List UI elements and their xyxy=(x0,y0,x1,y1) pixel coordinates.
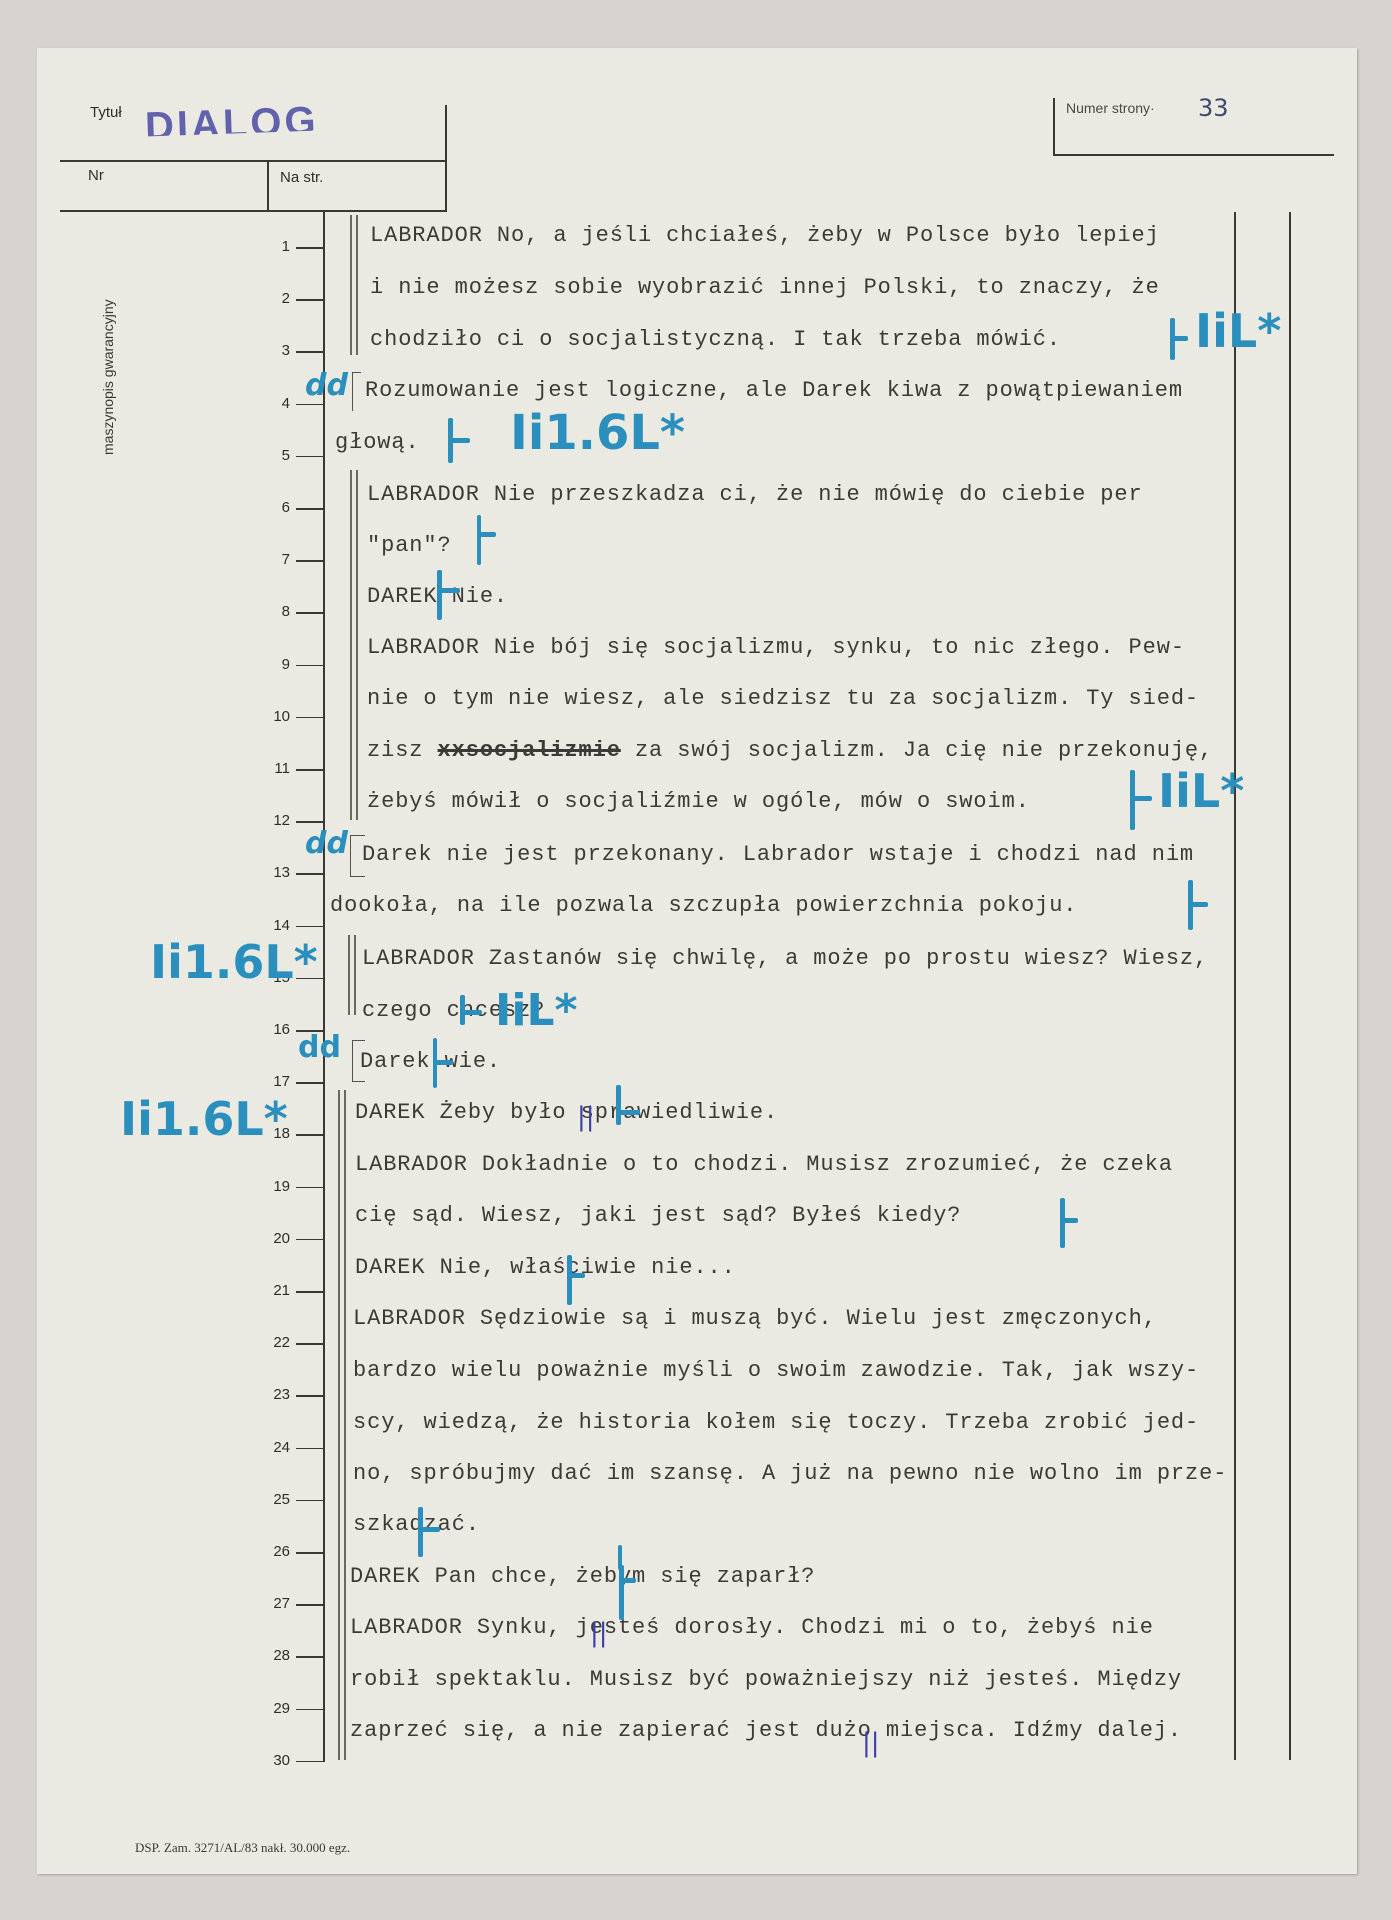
ruler-tick xyxy=(296,769,324,771)
typed-line: dookoła, na ile pozwala szczupła powierz… xyxy=(330,893,1077,918)
ruler-tick xyxy=(296,456,324,458)
typed-line: Darek nie jest przekonany. Labrador wsta… xyxy=(362,842,1194,867)
block-rule xyxy=(344,1090,346,1760)
ruler-tick xyxy=(296,351,324,353)
typed-line: LABRADOR Nie przeszkadza ci, że nie mówi… xyxy=(367,482,1143,507)
line-number: 29 xyxy=(250,1700,290,1717)
typed-line: LABRADOR Zastanów się chwilę, a może po … xyxy=(362,946,1208,971)
margin-edit-mark: Ii1.6L* xyxy=(120,1092,288,1146)
ruler-tick xyxy=(296,1187,324,1189)
typed-line: LABRADOR Sędziowie są i muszą być. Wielu… xyxy=(353,1306,1157,1331)
ruler-tick xyxy=(296,821,324,823)
line-number: 30 xyxy=(250,1752,290,1769)
line-number: 20 xyxy=(250,1230,290,1247)
typed-line: cię sąd. Wiesz, jaki jest sąd? Byłeś kie… xyxy=(355,1203,961,1228)
line-number: 21 xyxy=(250,1282,290,1299)
ruler-tick xyxy=(296,247,324,249)
ruler-tick xyxy=(296,1552,324,1554)
edit-tick-mark xyxy=(435,1060,453,1065)
edit-tick-mark xyxy=(460,1010,482,1015)
typed-line: LABRADOR No, a jeśli chciałeś, żeby w Po… xyxy=(370,223,1160,248)
ruler-tick xyxy=(296,560,324,562)
ruler-tick xyxy=(296,404,324,406)
edit-tick-mark xyxy=(616,1085,621,1125)
block-rule xyxy=(356,470,358,820)
line-ruler xyxy=(323,212,325,1762)
ruler-tick xyxy=(296,1291,324,1293)
header-vertical-rule xyxy=(445,105,447,212)
line-number: 4 xyxy=(250,395,290,412)
nr-divider xyxy=(267,160,269,212)
block-rule xyxy=(338,1090,340,1760)
block-rule xyxy=(348,935,350,1015)
typed-line: i nie możesz sobie wyobrazić innej Polsk… xyxy=(370,275,1160,300)
page-number-label: Numer strony· xyxy=(1066,100,1155,116)
edit-mark-label: IiL* xyxy=(1158,764,1244,818)
right-margin-rule-1 xyxy=(1234,212,1236,1760)
typed-line: żebyś mówił o socjaliźmie w ogóle, mów o… xyxy=(367,789,1030,814)
ruler-tick xyxy=(296,1709,324,1711)
typed-line: DAREK Żeby było sprawiedliwie. xyxy=(355,1100,778,1125)
line-number: 7 xyxy=(250,551,290,568)
edit-tick-mark xyxy=(437,570,442,620)
block-rule xyxy=(350,215,352,355)
edit-tick-mark xyxy=(477,515,481,565)
typed-line: no, spróbujmy dać im szansę. A już na pe… xyxy=(353,1461,1227,1486)
edit-tick-mark xyxy=(480,532,496,537)
line-number: 26 xyxy=(250,1543,290,1560)
edit-tick-mark xyxy=(1190,902,1208,907)
insertion-mark: || xyxy=(862,1728,880,1758)
edit-tick-mark xyxy=(619,1565,624,1620)
typed-line: LABRADOR Dokładnie o to chodzi. Musisz z… xyxy=(355,1152,1173,1177)
line-number: 19 xyxy=(250,1178,290,1195)
margin-edit-mark: Ii1.6L* xyxy=(150,935,318,989)
stage-bracket xyxy=(352,372,361,411)
line-number: 12 xyxy=(250,812,290,829)
margin-dd-mark: dd xyxy=(305,826,348,861)
edit-mark-label: Ii1.6L* xyxy=(510,405,685,461)
typed-line: zisz xxsocjalizmie za swój socjalizm. Ja… xyxy=(367,738,1213,763)
ruler-tick xyxy=(296,1395,324,1397)
ruler-tick xyxy=(296,665,324,667)
ruler-tick xyxy=(296,1343,324,1345)
edit-tick-mark xyxy=(1170,336,1188,341)
edit-tick-mark xyxy=(1060,1198,1065,1248)
right-margin-rule-2 xyxy=(1289,212,1291,1760)
nr-label: Nr xyxy=(88,167,104,184)
line-number: 22 xyxy=(250,1334,290,1351)
line-number: 16 xyxy=(250,1021,290,1038)
line-number: 9 xyxy=(250,656,290,673)
ruler-tick xyxy=(296,873,324,875)
ruler-tick xyxy=(296,1239,324,1241)
ruler-tick xyxy=(296,1604,324,1606)
typed-line: DAREK Pan chce, żebym się zaparł? xyxy=(350,1564,815,1589)
line-number: 2 xyxy=(250,290,290,307)
insertion-mark: || xyxy=(590,1618,608,1648)
side-label: maszynopis gwarancyjny xyxy=(100,299,116,455)
header-bottom-rule xyxy=(60,210,446,212)
typed-line: scy, wiedzą, że historia kołem się toczy… xyxy=(353,1410,1199,1435)
page-number-box-left xyxy=(1053,98,1055,156)
edit-tick-mark xyxy=(448,438,470,443)
line-number: 8 xyxy=(250,603,290,620)
title-label: Tytuł xyxy=(90,104,122,121)
typed-line: robił spektaklu. Musisz być poważniejszy… xyxy=(350,1667,1182,1692)
typed-line: bardzo wielu poważnie myśli o swoim zawo… xyxy=(353,1358,1199,1383)
print-footer: DSP. Zam. 3271/AL/83 nakł. 30.000 egz. xyxy=(135,1840,350,1856)
edit-tick-mark xyxy=(420,1527,440,1532)
typed-line: LABRADOR Nie bój się socjalizmu, synku, … xyxy=(367,635,1185,660)
edit-mark-label: IiL* xyxy=(495,985,578,1036)
ruler-tick xyxy=(296,1448,324,1450)
edit-tick-mark xyxy=(567,1255,572,1305)
typed-line: LABRADOR Synku, jesteś dorosły. Chodzi m… xyxy=(350,1615,1154,1640)
page-number-value: 33 xyxy=(1198,94,1229,122)
ruler-tick xyxy=(296,717,324,719)
typed-line: "pan"? xyxy=(367,533,452,558)
ruler-tick xyxy=(296,1761,324,1763)
edit-mark-label: IiL* xyxy=(1195,304,1281,358)
typed-line: Darek wie. xyxy=(360,1049,501,1074)
line-number: 1 xyxy=(250,238,290,255)
ruler-tick xyxy=(296,926,324,928)
line-number: 25 xyxy=(250,1491,290,1508)
typed-line: nie o tym nie wiesz, ale siedzisz tu za … xyxy=(367,686,1199,711)
header-divider xyxy=(60,160,446,162)
line-number: 17 xyxy=(250,1073,290,1090)
line-number: 14 xyxy=(250,917,290,934)
line-number: 23 xyxy=(250,1386,290,1403)
typed-line: chodziło ci o socjalistyczną. I tak trze… xyxy=(370,327,1061,352)
line-number: 5 xyxy=(250,447,290,464)
line-number: 10 xyxy=(250,708,290,725)
ruler-tick xyxy=(296,508,324,510)
line-number: 27 xyxy=(250,1595,290,1612)
ruler-tick xyxy=(296,299,324,301)
margin-dd-mark: dd xyxy=(305,368,348,403)
line-number: 11 xyxy=(250,760,290,777)
edit-tick-mark xyxy=(620,1578,636,1583)
line-number: 6 xyxy=(250,499,290,516)
edit-tick-mark xyxy=(440,588,460,593)
block-rule xyxy=(354,935,356,1015)
edit-tick-mark xyxy=(618,1110,640,1115)
ruler-tick xyxy=(296,1500,324,1502)
line-number: 3 xyxy=(250,342,290,359)
typed-line: DAREK Nie, właściwie nie... xyxy=(355,1255,736,1280)
block-rule xyxy=(350,470,352,820)
ruler-tick xyxy=(296,1134,324,1136)
typed-line: szkadzać. xyxy=(353,1512,480,1537)
typed-line: głową. xyxy=(335,430,420,455)
ruler-tick xyxy=(296,1656,324,1658)
edit-tick-mark xyxy=(418,1507,423,1557)
ruler-tick xyxy=(296,1082,324,1084)
line-number: 13 xyxy=(250,864,290,881)
ruler-tick xyxy=(296,612,324,614)
margin-dd-mark: dd xyxy=(298,1030,341,1065)
na-str-label: Na str. xyxy=(280,169,323,186)
edit-tick-mark xyxy=(1062,1218,1078,1223)
page-number-box-bottom xyxy=(1053,154,1334,156)
edit-tick-mark xyxy=(569,1273,585,1278)
insertion-mark: || xyxy=(577,1102,595,1132)
line-number: 24 xyxy=(250,1439,290,1456)
edit-tick-mark xyxy=(1130,796,1152,801)
typed-line: zaprzeć się, a nie zapierać jest dużo mi… xyxy=(350,1718,1182,1743)
struck-text: xxsocjalizmie xyxy=(438,738,621,763)
line-number: 28 xyxy=(250,1647,290,1664)
block-rule xyxy=(356,215,358,355)
typed-line: Rozumowanie jest logiczne, ale Darek kiw… xyxy=(365,378,1183,403)
